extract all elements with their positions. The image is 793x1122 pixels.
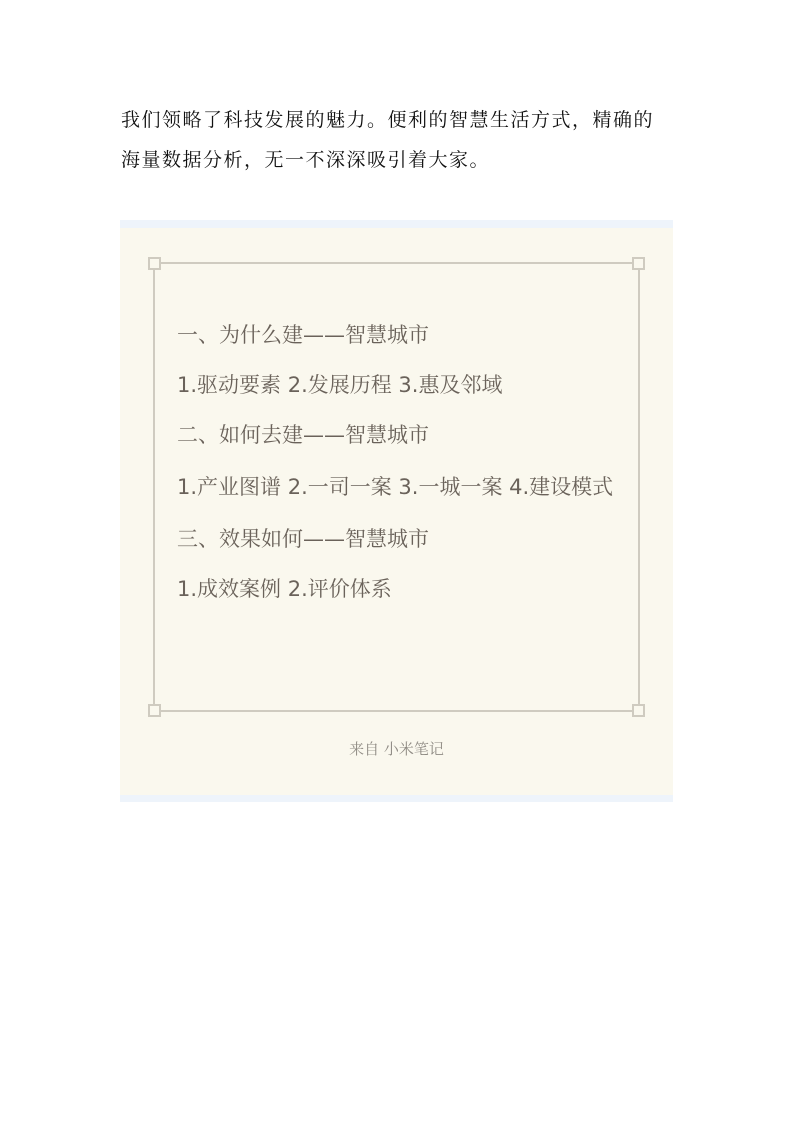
toc-section-2-heading: 二、如何去建——智慧城市 — [177, 418, 627, 452]
intro-paragraph: 我们领略了科技发展的魅力。便利的智慧生活方式，精确的 海量数据分析，无一不深深吸… — [121, 100, 681, 180]
frame-corner-ornament-icon — [632, 257, 645, 270]
toc-section-3-items: 1.成效案例 2.评价体系 — [177, 572, 627, 606]
intro-line-2: 海量数据分析，无一不深深吸引着大家。 — [121, 140, 681, 180]
source-attribution: 来自 小米笔记 — [120, 738, 673, 759]
toc-section-1-items: 1.驱动要素 2.发展历程 3.惠及邻域 — [177, 368, 627, 402]
frame-corner-ornament-icon — [148, 704, 161, 717]
toc-section-3-heading: 三、效果如何——智慧城市 — [177, 522, 627, 556]
frame-corner-ornament-icon — [632, 704, 645, 717]
card-bottom-strip — [120, 795, 673, 802]
toc-section-1-heading: 一、为什么建——智慧城市 — [177, 318, 627, 352]
intro-line-1: 我们领略了科技发展的魅力。便利的智慧生活方式，精确的 — [121, 100, 681, 140]
toc-section-2-items: 1.产业图谱 2.一司一案 3.一城一案 4.建设模式 — [177, 468, 627, 506]
frame-corner-ornament-icon — [148, 257, 161, 270]
note-image-card: 一、为什么建——智慧城市 1.驱动要素 2.发展历程 3.惠及邻域 二、如何去建… — [120, 220, 673, 802]
card-top-strip — [120, 220, 673, 228]
table-of-contents: 一、为什么建——智慧城市 1.驱动要素 2.发展历程 3.惠及邻域 二、如何去建… — [177, 318, 627, 622]
